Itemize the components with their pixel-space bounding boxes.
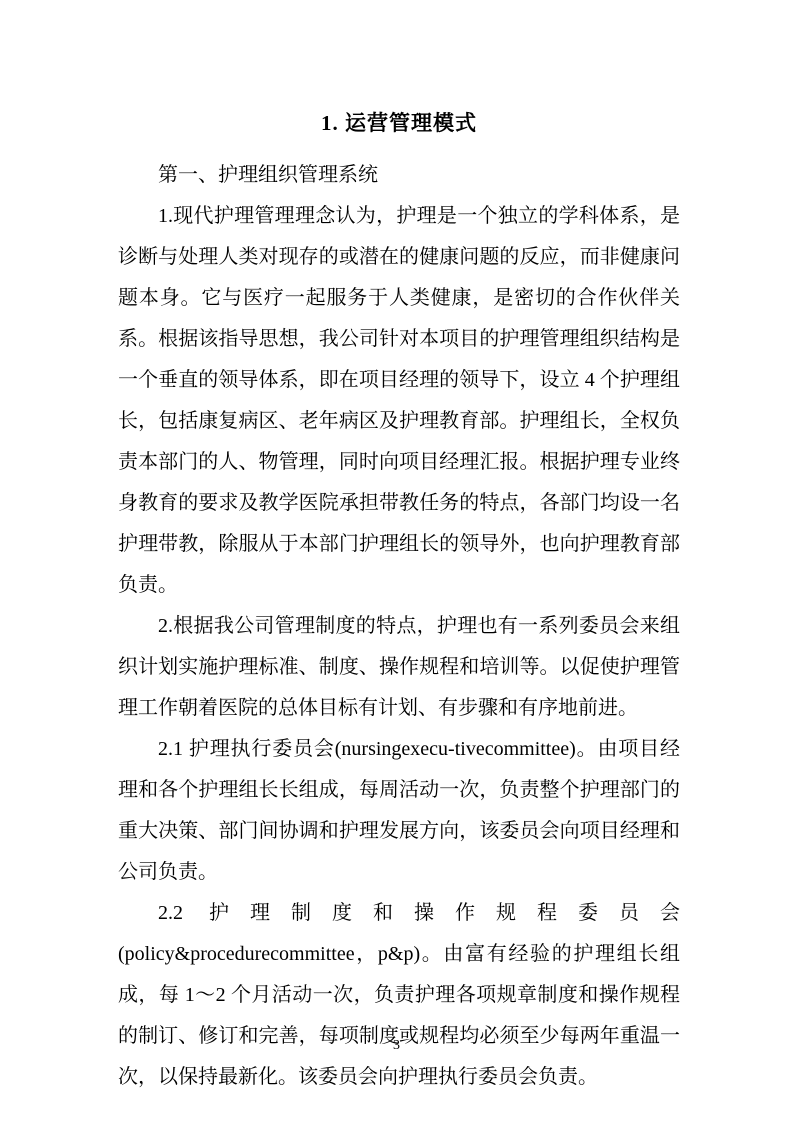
page-number: 3 — [0, 1036, 793, 1056]
document-title: 1. 运营管理模式 — [118, 108, 680, 139]
paragraph-executive-committee: 2.1 护理执行委员会(nursingexecu-tivecommittee)。… — [118, 729, 680, 893]
paragraph-nursing-concept: 1.现代护理管理理念认为，护理是一个独立的学科体系，是诊断与处理人类对现存的或潜… — [118, 196, 680, 606]
section-heading: 第一、护理组织管理系统 — [118, 155, 680, 196]
paragraph-committee-system: 2.根据我公司管理制度的特点，护理也有一系列委员会来组织计划实施护理标准、制度、… — [118, 606, 680, 729]
paragraph-policy-procedure-committee: 2.2 护理制度和操作规程委员会(policy&procedurecommitt… — [118, 893, 680, 1098]
document-page: 1. 运营管理模式 第一、护理组织管理系统 1.现代护理管理理念认为，护理是一个… — [0, 0, 793, 1122]
